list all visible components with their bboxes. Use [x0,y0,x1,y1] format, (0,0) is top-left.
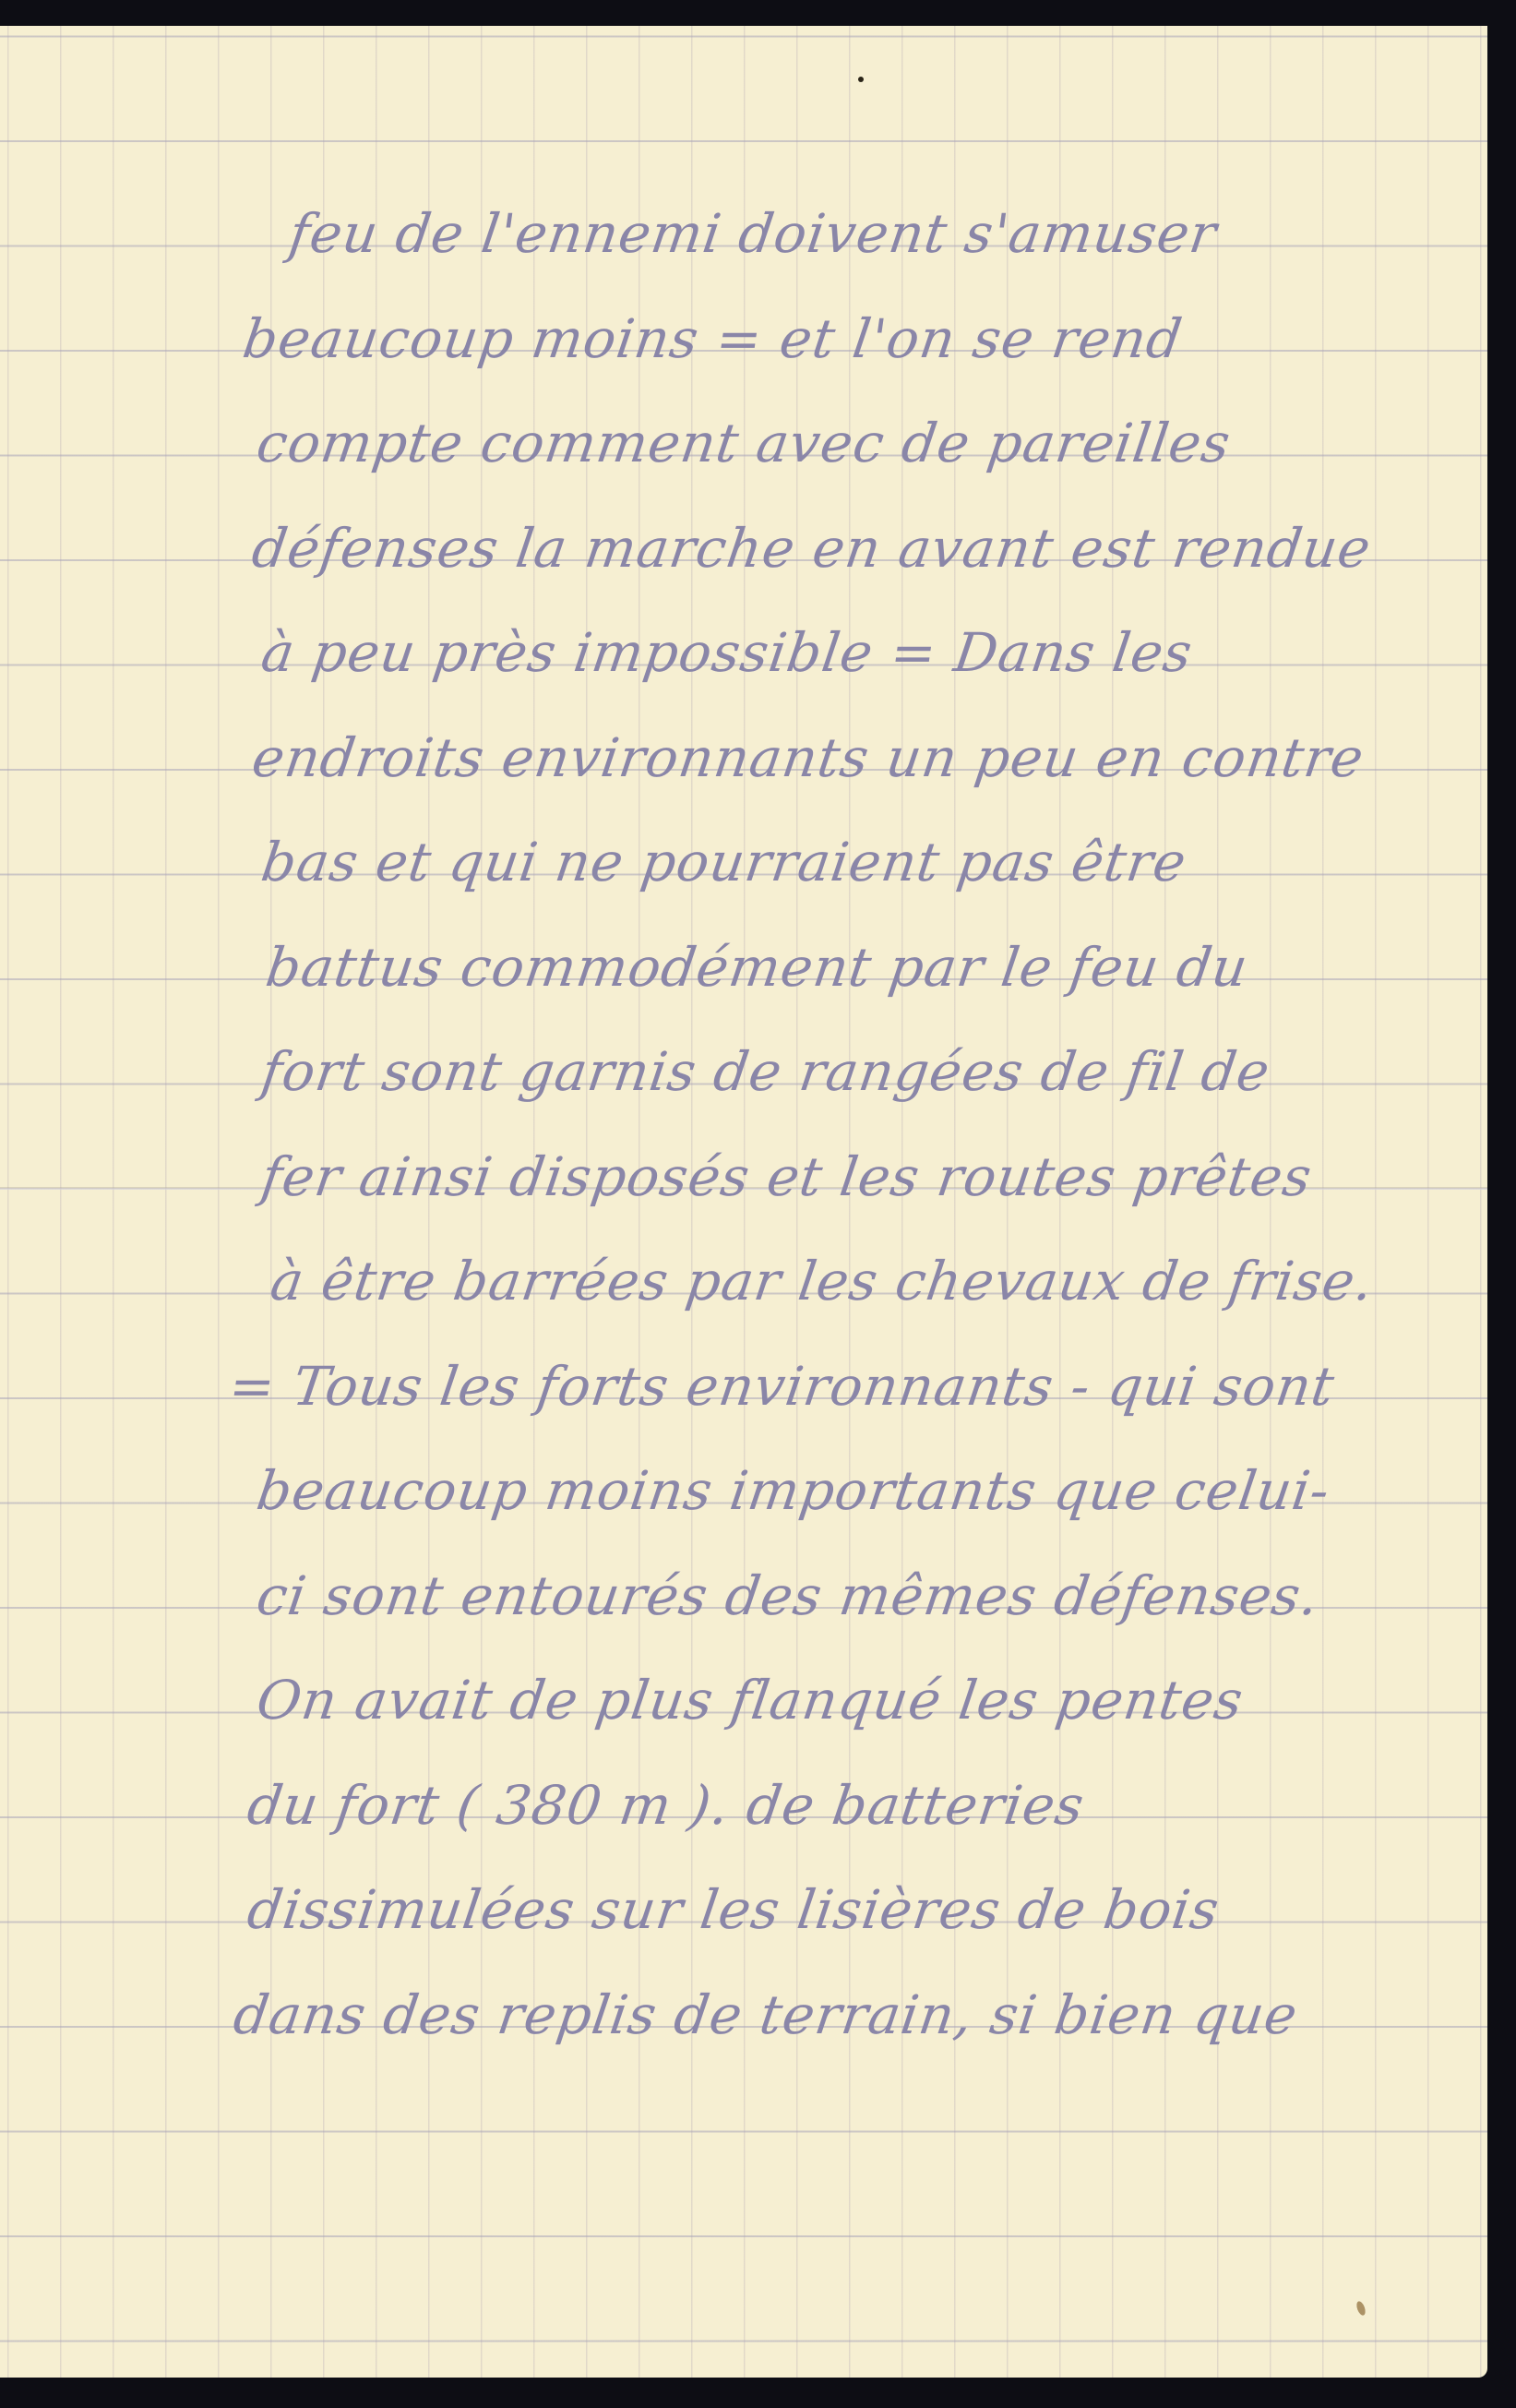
text-line: bas et qui ne pourraient pas être [254,816,1486,921]
text-line: dans des replis de terrain, si bien que [226,1969,1486,2074]
ink-speck [858,77,864,82]
text-line: à peu près impossible = Dans les [254,606,1486,712]
notebook-page: feu de l'ennemi doivent s'amuser beaucou… [0,26,1487,2378]
text-line: endroits environnants un peu en contre [245,712,1486,817]
text-line: = Tous les forts environnants - qui sont [221,1340,1486,1445]
text-line: feu de l'ennemi doivent s'amuser [281,187,1486,293]
text-line: à être barrées par les chevaux de frise. [263,1235,1486,1340]
handwritten-text: feu de l'ennemi doivent s'amuser beaucou… [235,187,1472,2073]
text-line: fer ainsi disposés et les routes prêtes [254,1131,1486,1236]
text-line: On avait de plus flanqué les pentes [249,1654,1486,1759]
text-line: défenses la marche en avant est rendue [245,502,1486,607]
text-line: du fort ( 380 m ). de batteries [240,1759,1486,1864]
text-line: compte comment avec de pareilles [249,397,1486,502]
paper-stain [1355,2300,1367,2317]
text-line: ci sont entourés des mêmes défenses. [249,1550,1486,1655]
text-line: beaucoup moins = et l'on se rend [235,293,1486,398]
text-line: battus commodément par le feu du [258,921,1486,1026]
text-line: dissimulées sur les lisières de bois [240,1863,1486,1969]
text-line: fort sont garnis de rangées de fil de [254,1025,1486,1131]
text-line: beaucoup moins importants que celui- [249,1444,1486,1550]
